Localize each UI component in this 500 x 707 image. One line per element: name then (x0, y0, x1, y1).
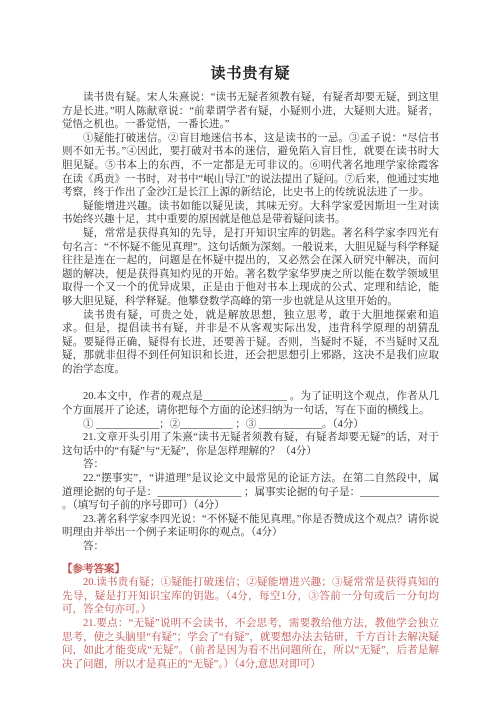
article-paragraph-conclusion: 读书贵有疑，可贵之处，就是解放思想，独立思考，敢于大胆地探索和追求。但是，提倡读… (62, 309, 439, 377)
page-title: 读书贵有疑 (62, 62, 439, 83)
question-22: 22.“摆事实”，“讲道理”是议论文中最常见的论证方法。在第二自然段中，属道理论… (62, 472, 439, 513)
section-gap (62, 376, 439, 390)
question-20-blanks: ① ____________；②__________ ；③ __________… (62, 418, 439, 432)
document-content: 读书贵有疑 读书贵有疑。宋人朱熹说：“读书无疑者须教有疑，有疑者却要无疑，到这里… (62, 62, 439, 671)
section-gap (62, 554, 439, 563)
question-20: 20.本文中，作者的观点是________________ 。为了证明这个观点，… (62, 390, 439, 417)
document-page: 读书贵有疑 读书贵有疑。宋人朱熹说：“读书无疑者须教有疑，有疑者却要无疑，到这里… (0, 0, 500, 707)
article-paragraph-intro: 读书贵有疑。宋人朱熹说：“读书无疑者须教有疑，有疑者却要无疑，到这里方是长进。”… (62, 91, 439, 132)
answer-prompt-q21: 答： (62, 458, 439, 472)
article-paragraph-break-superstition: ①疑能打破迷信。②盲目地迷信书本，这是读书的一忌。③孟子说：“尽信书则不如无书。… (62, 132, 439, 200)
answer-key-item-21: 21.要点：“无疑”说明不会读书，不会思考，需要教给他方法，教他学会独立思考，使… (62, 617, 439, 671)
answer-prompt-q23: 答： (62, 540, 439, 554)
answer-key-header: 【参考答案】 (62, 563, 439, 577)
answer-key-item-20: 20.读书贵有疑；①疑能打破迷信；②疑能增进兴趣；③疑常常是获得真知的先导，疑是… (62, 576, 439, 617)
question-23: 23.著名科学家李四光说：“不怀疑不能见真理。”你是否赞成这个观点？请你说 明理… (62, 513, 439, 540)
question-21: 21.文章开头引用了朱熹“读书无疑者须教有疑，有疑者却要无疑”的话，对于这句话中… (62, 431, 439, 458)
article-paragraph-interest: 疑能增进兴趣。读书如能以疑见读，其味无穷。大科学家爱因斯坦一生对读书始终兴趣十足… (62, 200, 439, 227)
article-paragraph-truth: 疑，常常是获得真知的先导，是打开知识宝库的钥匙。著名科学家李四光有句名言：“不怀… (62, 227, 439, 309)
